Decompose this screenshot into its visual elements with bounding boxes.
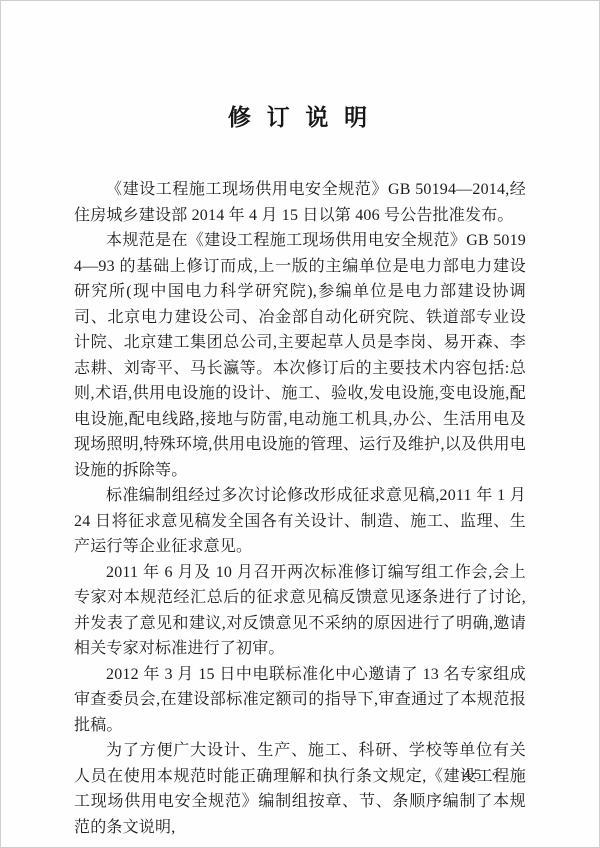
paragraph-draft-comments: 标准编制组经过多次讨论修改形成征求意见稿,2011 年 1 月 24 日将征求意… (74, 483, 526, 560)
paragraph-explanation-purpose: 为了方便广大设计、生产、施工、科研、学校等单位有关人员在使用本规范时能正确理解和… (74, 738, 526, 840)
paragraph-approval-notice: 《建设工程施工现场供用电安全规范》GB 50194—2014,经住房城乡建设部 … (74, 177, 526, 228)
page-title: 修 订 说 明 (1, 99, 599, 132)
paragraph-review-committee: 2012 年 3 月 15 日中电联标准化中心邀请了 13 名专家组成审查委员会… (74, 662, 526, 739)
scanned-document-page: 修 订 说 明 《建设工程施工现场供用电安全规范》GB 50194—2014,经… (0, 0, 600, 848)
paragraph-working-meetings: 2011 年 6 月及 10 月召开两次标准修订编写组工作会,会上专家对本规范经… (74, 560, 526, 662)
paragraph-revision-history: 本规范是在《建设工程施工现场供用电安全规范》GB 50194—93 的基础上修订… (74, 228, 526, 483)
page-number: · 45 · (449, 767, 500, 784)
document-body: 《建设工程施工现场供用电安全规范》GB 50194—2014,经住房城乡建设部 … (74, 177, 526, 840)
